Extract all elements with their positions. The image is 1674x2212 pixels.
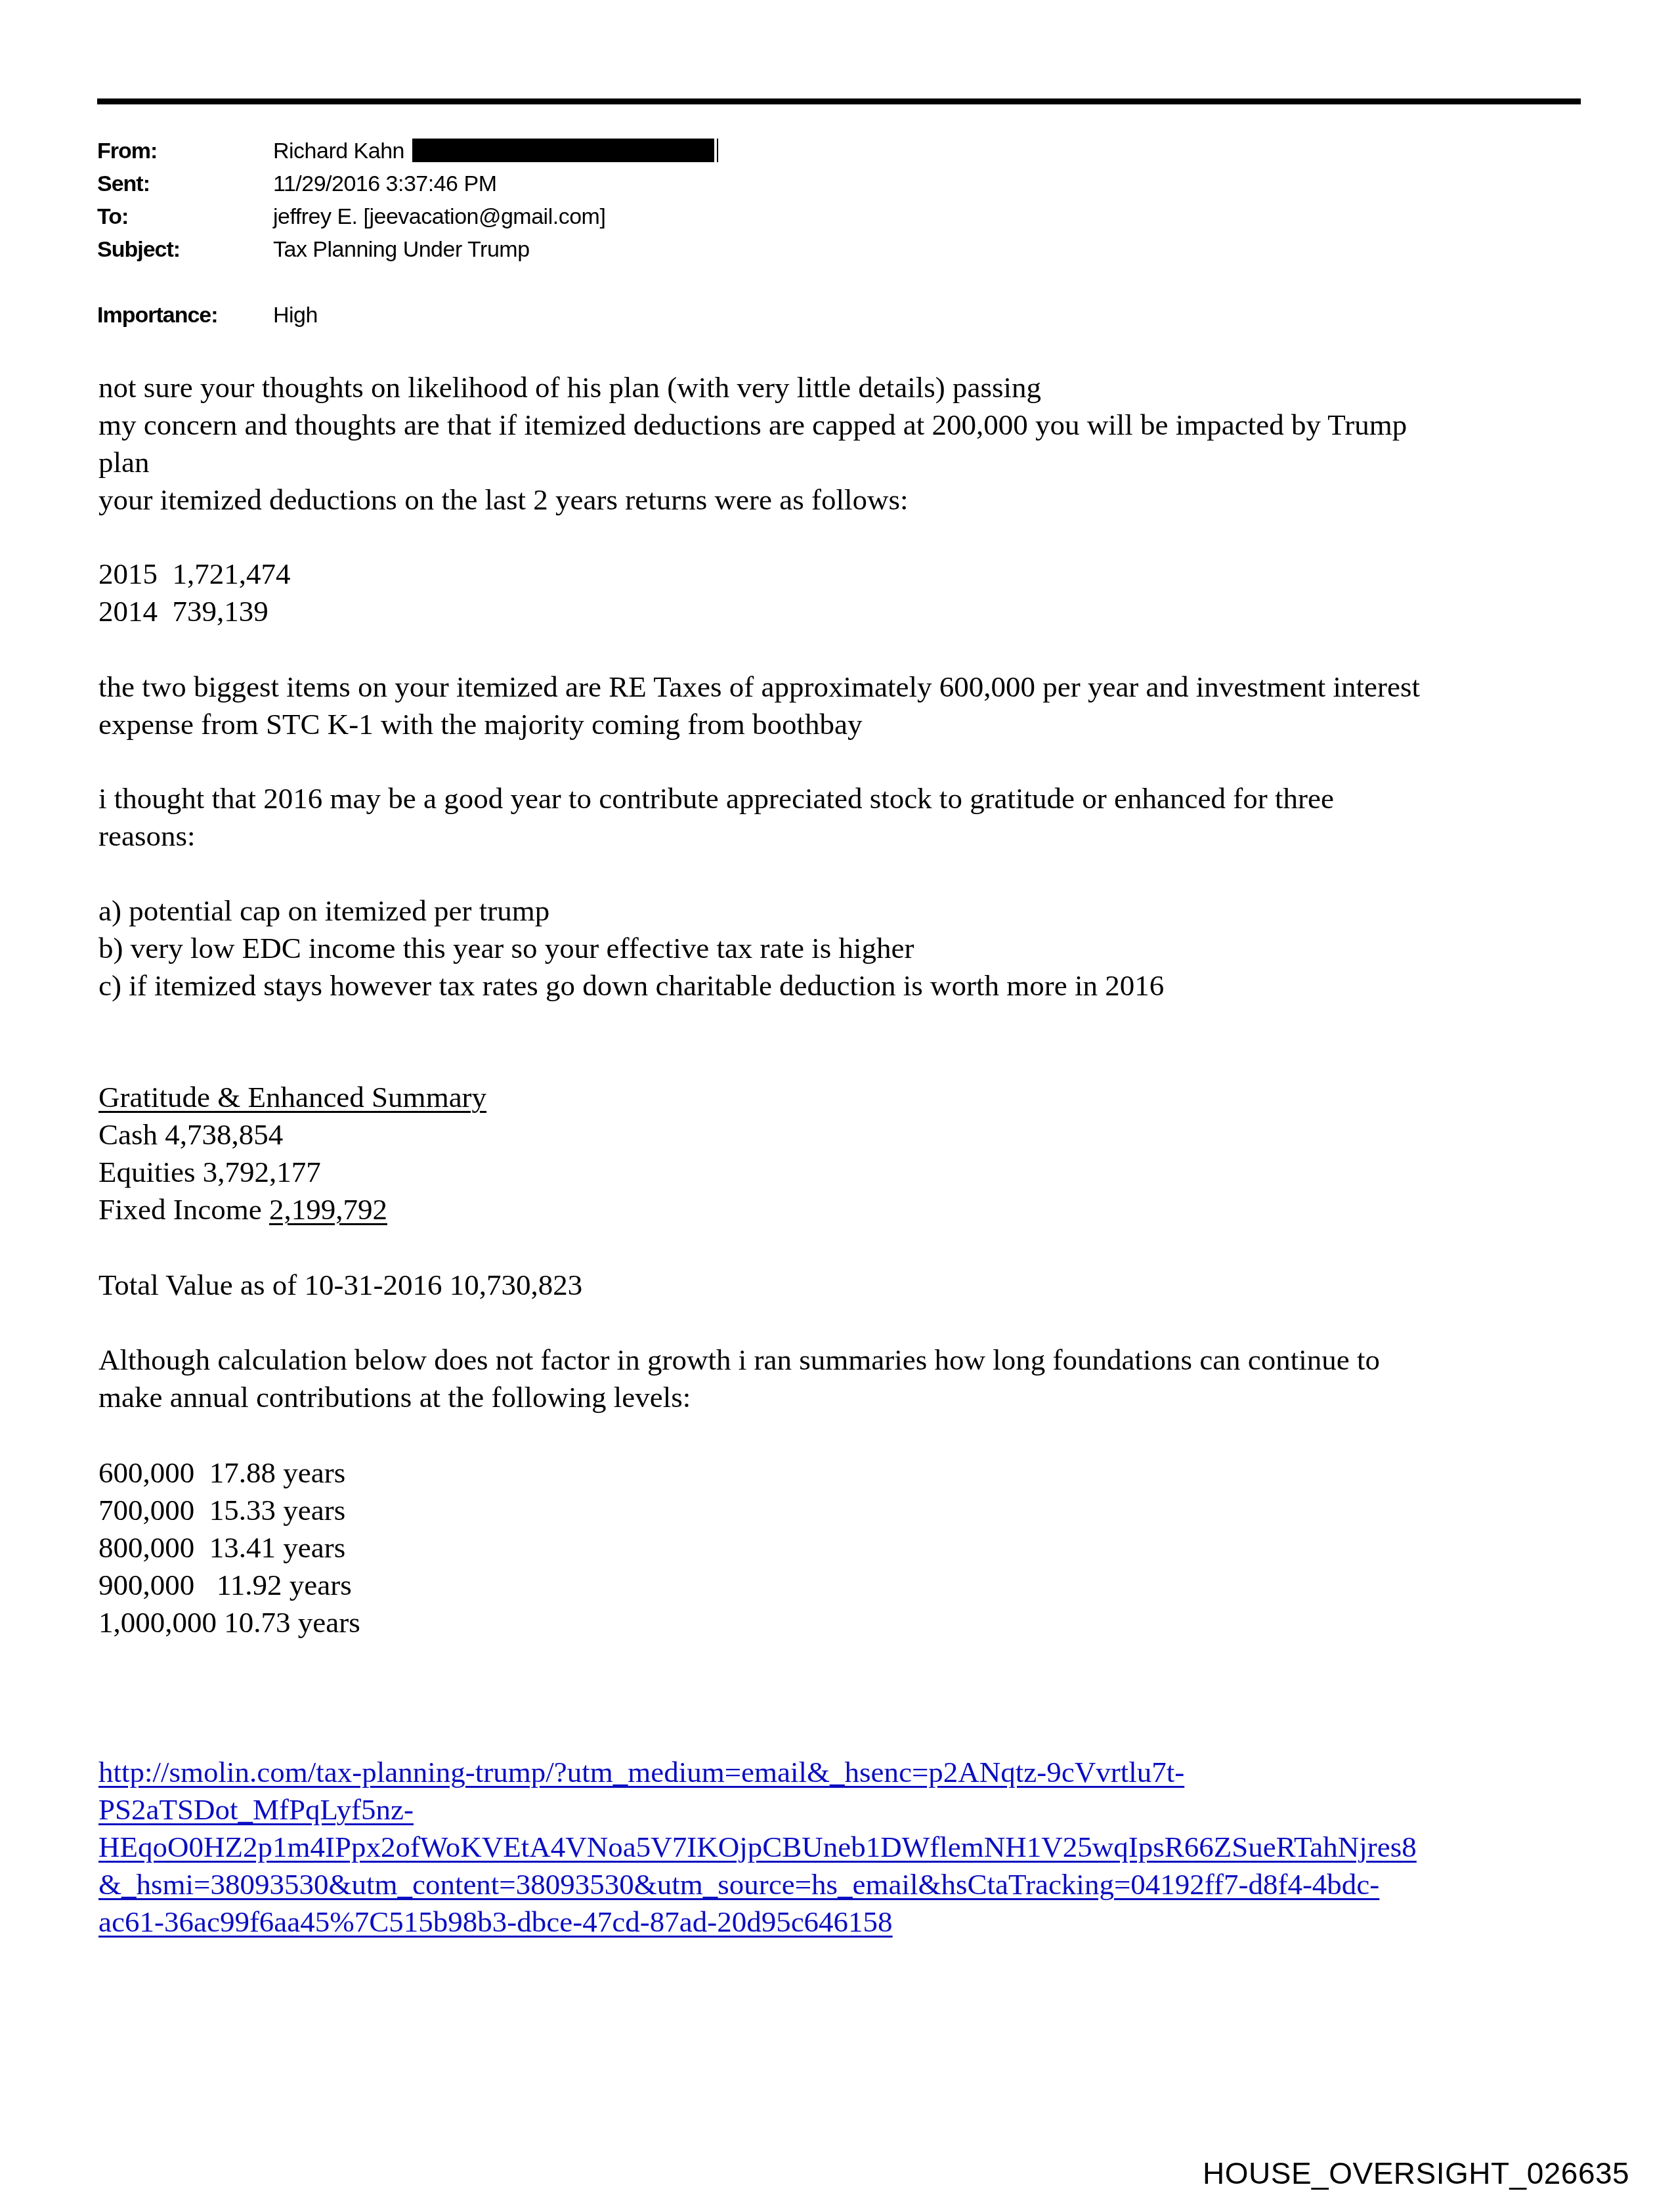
text-line: plan (98, 444, 1407, 481)
paragraph-contribute: i thought that 2016 may be a good year t… (98, 780, 1334, 855)
paragraph-calculation: Although calculation below does not fact… (98, 1341, 1380, 1416)
reasons-list: a) potential cap on itemized per trump b… (98, 892, 1164, 1005)
itemized-row: 2014 739,139 (98, 593, 291, 630)
header-rule (97, 98, 1581, 104)
importance-label: Importance: (97, 299, 218, 332)
redaction-box (412, 139, 714, 162)
sent-label: Sent: (97, 167, 150, 200)
from-label: From: (97, 135, 157, 167)
summary-block: Gratitude & Enhanced Summary Cash 4,738,… (98, 1079, 486, 1228)
contribution-levels-list: 600,000 17.88 years 700,000 15.33 years … (98, 1454, 360, 1641)
itemized-deductions-list: 2015 1,721,474 2014 739,139 (98, 555, 291, 630)
article-link[interactable]: http://smolin.com/tax-planning-trump/?ut… (98, 1754, 1417, 1941)
link-line[interactable]: PS2aTSDot_MfPqLyf5nz- (98, 1793, 414, 1826)
itemized-row: 2015 1,721,474 (98, 555, 291, 593)
level-row: 1,000,000 10.73 years (98, 1604, 360, 1641)
reason-item: b) very low EDC income this year so your… (98, 930, 1164, 967)
link-line[interactable]: &_hsmi=38093530&utm_content=38093530&utm… (98, 1868, 1379, 1901)
document-page: From: Richard Kahn Sent: 11/29/2016 3:37… (0, 0, 1674, 2212)
level-row: 800,000 13.41 years (98, 1529, 360, 1567)
summary-title: Gratitude & Enhanced Summary (98, 1079, 486, 1116)
text-line: Although calculation below does not fact… (98, 1341, 1380, 1379)
text-line: not sure your thoughts on likelihood of … (98, 369, 1407, 406)
reason-item: a) potential cap on itemized per trump (98, 892, 1164, 930)
paragraph-intro: not sure your thoughts on likelihood of … (98, 369, 1407, 519)
link-line[interactable]: HEqoO0HZ2p1m4IPpx2ofWoKVEtA4VNoa5V7IKOjp… (98, 1831, 1417, 1863)
text-line: your itemized deductions on the last 2 y… (98, 481, 1407, 519)
text-line: reasons: (98, 817, 1334, 855)
total-value-line: Total Value as of 10-31-2016 10,730,823 (98, 1267, 582, 1304)
bates-number: HOUSE_OVERSIGHT_026635 (1203, 2156, 1629, 2191)
subject-value: Tax Planning Under Trump (273, 233, 530, 266)
to-value: jeffrey E. [jeevacation@gmail.com] (273, 200, 605, 233)
text-line: expense from STC K-1 with the majority c… (98, 706, 1420, 743)
paragraph-biggest-items: the two biggest items on your itemized a… (98, 668, 1420, 743)
summary-row: Cash 4,738,854 (98, 1116, 486, 1154)
link-line[interactable]: http://smolin.com/tax-planning-trump/?ut… (98, 1756, 1184, 1789)
text-line: make annual contributions at the followi… (98, 1379, 1380, 1416)
reason-item: c) if itemized stays however tax rates g… (98, 967, 1164, 1005)
link-line[interactable]: ac61-36ac99f6aa45%7C515b98b3-dbce-47cd-8… (98, 1905, 893, 1938)
subject-label: Subject: (97, 233, 180, 266)
from-value: Richard Kahn (273, 139, 404, 163)
summary-row: Equities 3,792,177 (98, 1154, 486, 1191)
sent-value: 11/29/2016 3:37:46 PM (273, 167, 496, 200)
level-row: 600,000 17.88 years (98, 1454, 360, 1492)
text-line: the two biggest items on your itemized a… (98, 668, 1420, 706)
to-label: To: (97, 200, 128, 233)
text-line: i thought that 2016 may be a good year t… (98, 780, 1334, 817)
summary-row: Fixed Income 2,199,792 (98, 1191, 486, 1228)
importance-value: High (273, 299, 318, 332)
level-row: 700,000 15.33 years (98, 1492, 360, 1529)
level-row: 900,000 11.92 years (98, 1567, 360, 1604)
text-line: my concern and thoughts are that if item… (98, 406, 1407, 444)
